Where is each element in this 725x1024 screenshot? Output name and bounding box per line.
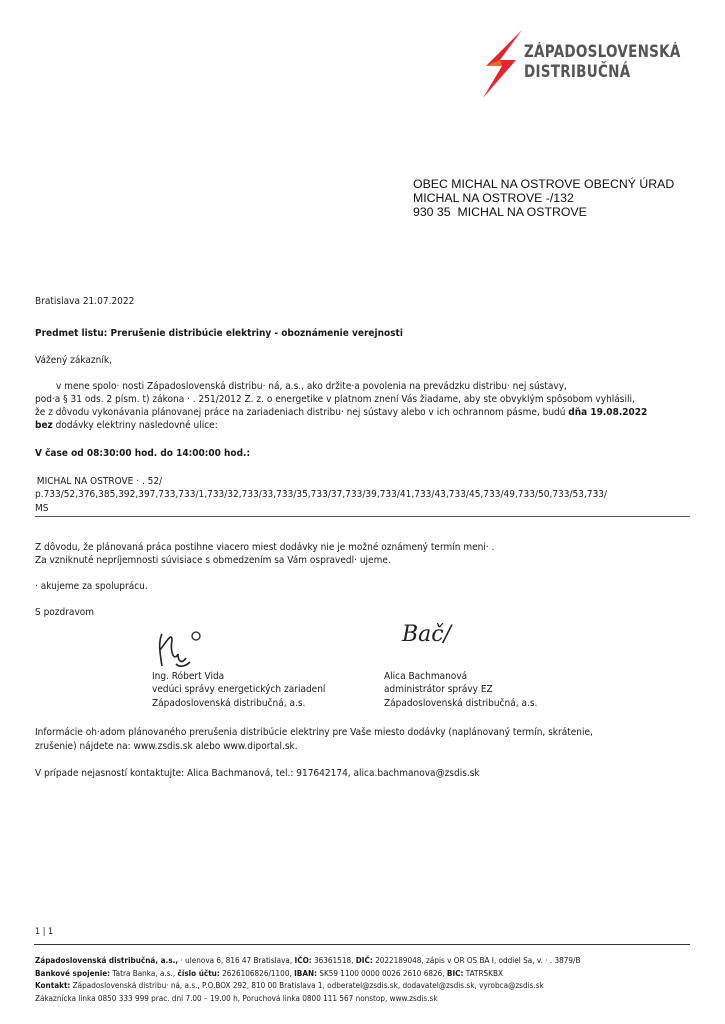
footer-line-2: Bankové spojenie: Tatra Banka, a.s., čís…: [35, 967, 580, 980]
recipient-line-3: 930 35 MICHAL NA OSTROVE: [413, 205, 674, 219]
info-line-1: Informácie oh‧adom plánovaného prerušeni…: [35, 726, 593, 739]
recipient-line-1: OBEC MICHAL NA OSTROVE OBECNÝ ÚRAD: [413, 177, 674, 191]
logo-wordmark: ZÁPADOSLOVENSKÁ DISTRIBUČNÁ: [524, 42, 681, 82]
outage-time-range: V čase od 08:30:00 hod. do 14:00:00 hod.…: [35, 447, 250, 460]
signatory-2-company: Západoslovenská distribučná, a.s.: [384, 697, 537, 710]
footer-line-4: Zákaznícka linka 0850 333 999 prac. dni …: [35, 992, 580, 1005]
closing: S pozdravom: [35, 606, 94, 619]
signatory-1: Ing. Róbert Vida vedúci správy energetic…: [152, 670, 325, 710]
streets-line-3: MS: [35, 502, 625, 515]
subject-line: Predmet listu: Prerušenie distribúcie el…: [35, 327, 403, 340]
para1-line2: pod‧a § 31 ods. 2 písm. t) zákona ‧ . 25…: [35, 393, 635, 406]
footer-divider: [34, 944, 690, 945]
para1-line4: bez dodávky elektriny nasledovné ulice:: [35, 419, 218, 432]
signatory-1-company: Západoslovenská distribučná, a.s.: [152, 697, 325, 710]
signatory-2-title: administrátor správy EZ: [384, 683, 537, 696]
footer: Západoslovenská distribučná, a.s., ‧ ule…: [35, 954, 580, 1004]
para1-line3: že z dôvodu vykonávania plánovanej práce…: [35, 406, 647, 419]
signatory-2: Alica Bachmanová administrátor správy EZ…: [384, 670, 537, 710]
thanks-line: ‧ akujeme za spoluprácu.: [35, 580, 148, 593]
company-logo: ZÁPADOSLOVENSKÁ DISTRIBUČNÁ: [480, 28, 710, 98]
outage-date: dňa 19.08.2022: [568, 407, 647, 418]
signatory-1-title: vedúci správy energetických zariadení: [152, 683, 325, 696]
footer-line-1: Západoslovenská distribučná, a.s., ‧ ule…: [35, 954, 580, 967]
page-number: 1 | 1: [35, 926, 53, 939]
greeting: Vážený zákazník,: [35, 354, 112, 367]
lightning-bolt-icon: [480, 28, 524, 100]
signatory-1-name: Ing. Róbert Vida: [152, 670, 325, 683]
para2-line2: Za vzniknuté nepríjemnosti súvisiace s o…: [35, 554, 391, 567]
signatory-2-name: Alica Bachmanová: [384, 670, 537, 683]
para1-line1: v mene spolo‧ nosti Západoslovenská dist…: [56, 380, 567, 393]
info-line-2: zrušenie) nájdete na: www.zsdis.sk alebo…: [35, 740, 298, 753]
streets-line-2: p.733/52,376,385,392,397,733,733/1,733/3…: [35, 488, 625, 501]
contact-line: V prípade nejasností kontaktujte: Alica …: [35, 767, 480, 780]
streets-line-1: MICHAL NA OSTROVE ‧ . 52/: [35, 475, 625, 488]
para2-line1: Z dôvodu, že plánovaná práca postihne vi…: [35, 541, 494, 554]
recipient-line-2: MICHAL NA OSTROVE -/132: [413, 191, 674, 205]
signature-bachmanova: Bač/: [402, 622, 451, 647]
affected-streets: MICHAL NA OSTROVE ‧ . 52/ p.733/52,376,3…: [35, 475, 690, 517]
recipient-address: OBEC MICHAL NA OSTROVE OBECNÝ ÚRAD MICHA…: [413, 177, 674, 219]
place-date: Bratislava 21.07.2022: [35, 295, 134, 308]
handwritten-signature-icon: [152, 622, 212, 672]
footer-line-3: Kontakt: Západoslovenská distribu‧ ná, a…: [35, 979, 580, 992]
